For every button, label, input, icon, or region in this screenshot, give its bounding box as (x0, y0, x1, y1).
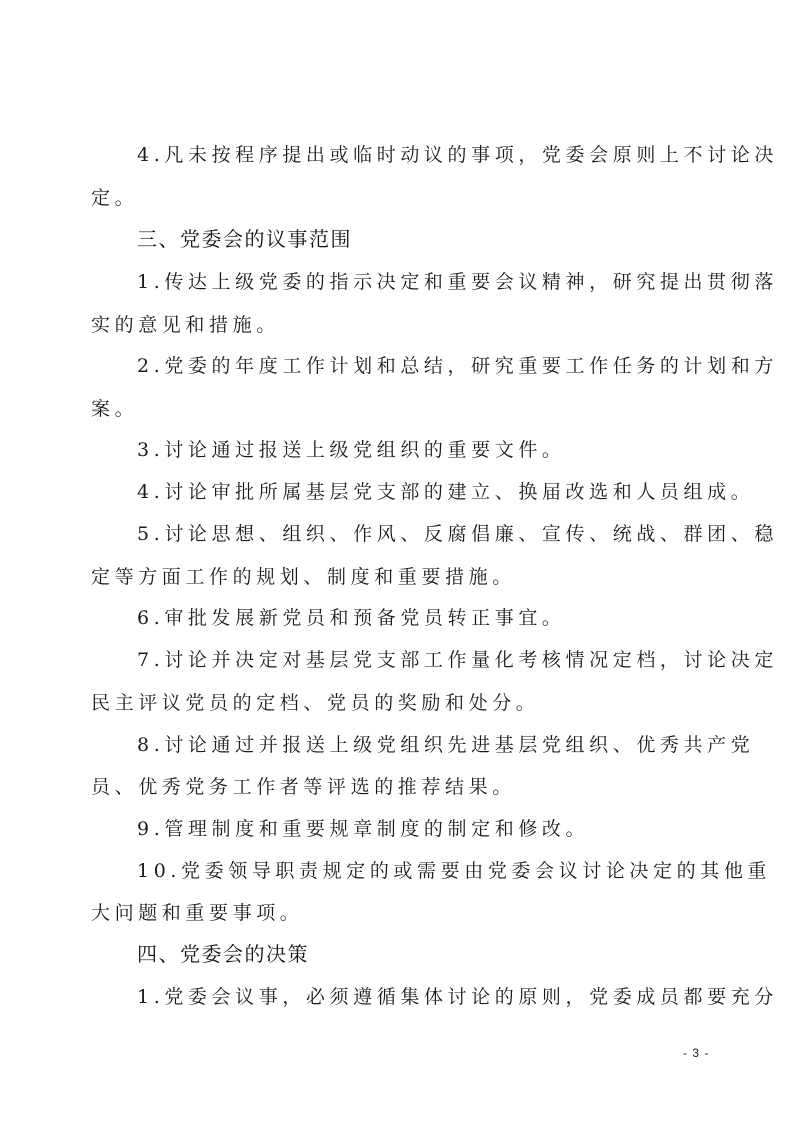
paragraph-line: 1.传达上级党委的指示决定和重要会议精神，研究提出贯彻落 (137, 270, 778, 294)
paragraph-line: 6.审批发展新党员和预备党员转正事宜。 (137, 606, 566, 630)
paragraph-line: 4.凡未按程序提出或临时动议的事项，党委会原则上不讨论决 (137, 143, 778, 167)
paragraph-line: 10.党委领导职责规定的或需要由党委会议讨论决定的其他重 (137, 859, 771, 883)
paragraph-line: 民主评议党员的定档、党员的奖励和处分。 (91, 691, 539, 715)
document-page: 三、党委会的议事范围四、党委会的决策4.凡未按程序提出或临时动议的事项，党委会原… (0, 0, 793, 1122)
paragraph-line: 4.讨论审批所属基层党支部的建立、换届改选和人员组成。 (137, 480, 754, 504)
paragraph-line: 实的意见和措施。 (91, 313, 280, 337)
section-heading: 四、党委会的决策 (137, 942, 309, 966)
paragraph-line: 2.党委的年度工作计划和总结，研究重要工作任务的计划和方 (137, 354, 778, 378)
section-heading: 三、党委会的议事范围 (137, 227, 352, 251)
paragraph-line: 3.讨论通过报送上级党组织的重要文件。 (137, 438, 566, 462)
paragraph-line: 1.党委会议事，必须遵循集体讨论的原则，党委成员都要充分 (137, 985, 778, 1009)
paragraph-line: 8.讨论通过并报送上级党组织先进基层党组织、优秀共产党 (137, 733, 754, 757)
paragraph-line: 定。 (91, 186, 138, 210)
paragraph-line: 员、优秀党务工作者等评选的推荐结果。 (91, 775, 516, 799)
paragraph-line: 7.讨论并决定对基层党支部工作量化考核情况定档，讨论决定 (137, 648, 778, 672)
paragraph-line: 案。 (91, 397, 138, 421)
paragraph-line: 9.管理制度和重要规章制度的制定和修改。 (137, 817, 589, 841)
paragraph-line: 大问题和重要事项。 (91, 901, 303, 925)
paragraph-line: 定等方面工作的规划、制度和重要措施。 (91, 565, 516, 589)
page-number: - 3 - (683, 1046, 709, 1060)
paragraph-line: 5.讨论思想、组织、作风、反腐倡廉、宣传、统战、群团、稳 (137, 522, 778, 546)
